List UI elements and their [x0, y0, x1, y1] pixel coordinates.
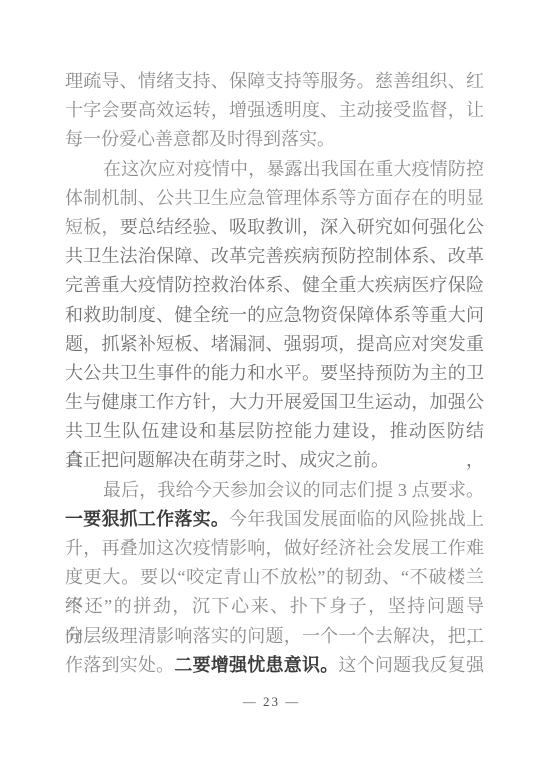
page-number: — 23 —: [0, 694, 543, 710]
emphasis-text-segment: 生与健康工作方针，大力开展爱国卫生运动，加强公: [65, 392, 484, 412]
text-line: 度更大。要以“咬定青山不放松”的韧劲、“不破楼兰终: [65, 563, 484, 592]
text-line: 最后，我给今天参加会议的同志们提 3 点要求。: [65, 476, 484, 505]
text-line: 短板，要总结经验、吸取教训，深入研究如何强化公: [65, 213, 484, 242]
body-text-segment: 升，再叠加这次疫情影响，做好经济社会发展工作难: [65, 538, 484, 558]
body-text-segment: 理疏导、情绪支持、保障支持等服务。慈善组织、红: [65, 71, 484, 91]
strong-text-segment: 二要增强忧患意识。: [174, 655, 338, 675]
emphasis-text-segment: 大公共卫生事件的能力和水平。要坚持预防为主的卫: [65, 363, 484, 383]
text-line: 升，再叠加这次疫情影响，做好经济社会发展工作难: [65, 534, 484, 563]
body-text-segment: 体制机制、公共卫生应急管理体系等方面存在的明显: [65, 188, 484, 208]
text-line: 十字会要高效运转，增强透明度、主动接受监督，让: [65, 96, 484, 125]
document-page: 理疏导、情绪支持、保障支持等服务。慈善组织、红 十字会要高效运转，增强透明度、主…: [0, 0, 543, 768]
text-line: 理疏导、情绪支持、保障支持等服务。慈善组织、红: [65, 67, 484, 96]
body-text-segment: 在这次应对疫情中，暴露出我国在重大疫情防控: [103, 159, 484, 179]
body-text-segment: 这个问题我反复强: [338, 655, 484, 675]
text-line: 每一份爱心善意都及时得到落实。: [65, 125, 484, 154]
emphasis-text-segment: 共卫生法治保障、改革完善疾病预防控制体系、改革: [65, 246, 484, 266]
text-line: 生与健康工作方针，大力开展爱国卫生运动，加强公: [65, 388, 484, 417]
body-text-segment: 作落到实处。: [65, 655, 174, 675]
emphasis-text-segment: 和救助制度、健全统一的应急物资保障体系等重大问: [65, 305, 484, 325]
emphasis-text-segment: 完善重大疫情防控救治体系、健全重大疾病医疗保险: [65, 275, 484, 295]
emphasis-text-segment: 要总结经验、吸取教训，深入研究如何强化公: [120, 217, 484, 237]
text-line: 不还”的拼劲，沉下心来、扑下身子，坚持问题导向，: [65, 592, 484, 621]
document-text-block: 理疏导、情绪支持、保障支持等服务。慈善组织、红 十字会要高效运转，增强透明度、主…: [65, 67, 484, 680]
body-text-segment: 每一份爱心善意都及时得到落实。: [65, 129, 335, 149]
body-text-segment: 短板，: [65, 217, 120, 237]
text-line: 共卫生队伍建设和基层防控能力建设，推动医防结合，: [65, 417, 484, 446]
body-text-segment: 分层级理清影响落实的问题，一个一个去解决，把工: [65, 626, 484, 646]
text-line: 分层级理清影响落实的问题，一个一个去解决，把工: [65, 622, 484, 651]
strong-text-segment: 一要狠抓工作落实。: [65, 509, 229, 529]
text-line: 一要狠抓工作落实。今年我国发展面临的风险挑战上: [65, 505, 484, 534]
text-line: 在这次应对疫情中，暴露出我国在重大疫情防控: [65, 155, 484, 184]
text-line: 作落到实处。二要增强忧患意识。这个问题我反复强: [65, 651, 484, 680]
body-text-segment: 最后，我给今天参加会议的同志们提 3 点要求。: [103, 480, 484, 500]
emphasis-text-segment: 题，抓紧补短板、堵漏洞、强弱项，提高应对突发重: [65, 334, 484, 354]
text-line: 题，抓紧补短板、堵漏洞、强弱项，提高应对突发重: [65, 330, 484, 359]
text-line: 和救助制度、健全统一的应急物资保障体系等重大问: [65, 301, 484, 330]
body-text-segment: 十字会要高效运转，增强透明度、主动接受监督，让: [65, 100, 484, 120]
text-line: 大公共卫生事件的能力和水平。要坚持预防为主的卫: [65, 359, 484, 388]
emphasis-text-segment: 真正把问题解决在萌芽之时、成灾之前。: [65, 450, 389, 470]
text-line: 完善重大疫情防控救治体系、健全重大疾病医疗保险: [65, 271, 484, 300]
body-text-segment: 今年我国发展面临的风险挑战上: [229, 509, 484, 529]
text-line: 共卫生法治保障、改革完善疾病预防控制体系、改革: [65, 242, 484, 271]
text-line: 体制机制、公共卫生应急管理体系等方面存在的明显: [65, 184, 484, 213]
